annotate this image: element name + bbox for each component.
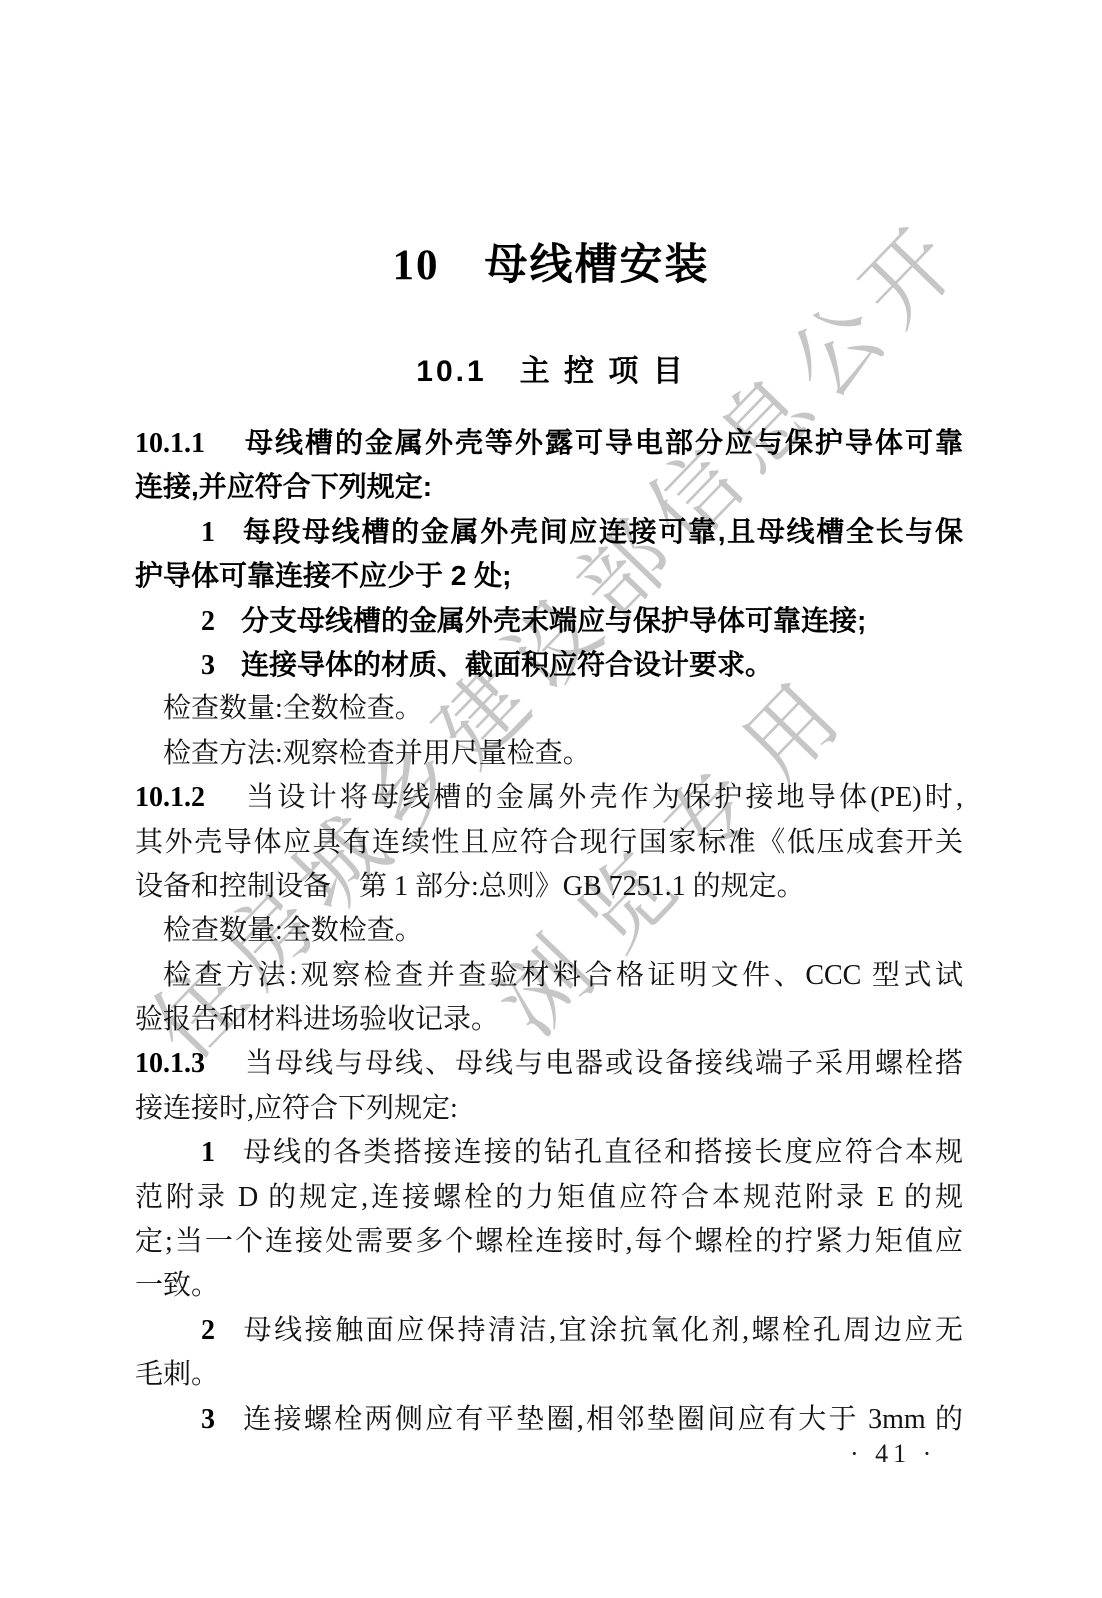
- line-text: 连接导体的材质、截面积应符合设计要求。: [241, 649, 773, 680]
- text-line: 一致。: [135, 1264, 963, 1308]
- chapter-title: 10 母线槽安装: [0, 241, 1102, 291]
- text-line: 10.1.2当设计将母线槽的金属外壳作为保护接地导体(PE)时,: [135, 776, 963, 820]
- line-text: 验报告和材料进场验收记录。: [135, 1004, 499, 1035]
- line-text: 连接螺栓两侧应有平垫圈,相邻垫圈间应有大于 3mm 的: [241, 1404, 963, 1435]
- line-text: 其外壳导体应具有连续性且应符合现行国家标准《低压成套开关: [135, 827, 963, 858]
- text-line: 验报告和材料进场验收记录。: [135, 998, 963, 1042]
- line-text: 当母线与母线、母线与电器或设备接线端子采用螺栓搭: [243, 1048, 963, 1079]
- text-line: 范附录 D 的规定,连接螺栓的力矩值应符合本规范附录 E 的规: [135, 1176, 963, 1220]
- body-text: 10.1.1母线槽的金属外壳等外露可导电部分应与保护导体可靠连接,并应符合下列规…: [135, 421, 963, 1442]
- line-text: 检查方法:观察检查并查验材料合格证明文件、CCC 型式试: [163, 960, 963, 991]
- text-line: 毛刺。: [135, 1353, 963, 1397]
- text-line: 检查数量:全数检查。: [135, 909, 963, 953]
- text-line: 其外壳导体应具有连续性且应符合现行国家标准《低压成套开关: [135, 821, 963, 865]
- line-text: 毛刺。: [135, 1359, 219, 1390]
- line-text: 连接,并应符合下列规定:: [135, 471, 432, 502]
- line-text: 一致。: [135, 1270, 219, 1301]
- text-line: 10.1.3当母线与母线、母线与电器或设备接线端子采用螺栓搭: [135, 1042, 963, 1086]
- clause-number: 1: [201, 1137, 215, 1168]
- clause-number: 2: [201, 1315, 215, 1346]
- text-line: 连接,并应符合下列规定:: [135, 465, 963, 509]
- text-line: 护导体可靠连接不应少于 2 处;: [135, 554, 963, 598]
- text-line: 2母线接触面应保持清洁,宜涂抗氧化剂,螺栓孔周边应无: [135, 1309, 963, 1353]
- line-text: 分支母线槽的金属外壳末端应与保护导体可靠连接;: [241, 605, 866, 636]
- clause-number: 3: [201, 1404, 215, 1435]
- clause-number: 3: [201, 650, 215, 681]
- line-text: 定;当一个连接处需要多个螺栓连接时,每个螺栓的拧紧力矩值应: [135, 1226, 963, 1257]
- line-text: 检查数量:全数检查。: [163, 915, 423, 946]
- text-line: 检查方法:观察检查并查验材料合格证明文件、CCC 型式试: [135, 954, 963, 998]
- text-line: 检查数量:全数检查。: [135, 687, 963, 731]
- clause-number: 1: [201, 517, 215, 548]
- page-content: 10 母线槽安装 10.1 主 控 项 目 10.1.1母线槽的金属外壳等外露可…: [0, 0, 1102, 1598]
- text-line: 设备和控制设备 第 1 部分:总则》GB 7251.1 的规定。: [135, 865, 963, 909]
- line-text: 检查方法:观察检查并用尺量检查。: [163, 738, 591, 769]
- section-heading: 10.1 主 控 项 目: [0, 353, 1102, 391]
- line-text: 每段母线槽的金属外壳间应连接可靠,且母线槽全长与保: [241, 516, 963, 547]
- text-line: 10.1.1母线槽的金属外壳等外露可导电部分应与保护导体可靠: [135, 421, 963, 465]
- text-line: 3连接螺栓两侧应有平垫圈,相邻垫圈间应有大于 3mm 的: [135, 1398, 963, 1442]
- text-line: 检查方法:观察检查并用尺量检查。: [135, 732, 963, 776]
- line-text: 当设计将母线槽的金属外壳作为保护接地导体(PE)时,: [243, 782, 963, 813]
- text-line: 2分支母线槽的金属外壳末端应与保护导体可靠连接;: [135, 599, 963, 643]
- clause-number: 2: [201, 606, 215, 637]
- line-text: 范附录 D 的规定,连接螺栓的力矩值应符合本规范附录 E 的规: [135, 1182, 963, 1213]
- text-line: 1母线的各类搭接连接的钻孔直径和搭接长度应符合本规: [135, 1131, 963, 1175]
- line-text: 母线接触面应保持清洁,宜涂抗氧化剂,螺栓孔周边应无: [241, 1315, 963, 1346]
- document-page: 住房城乡建设部信息公开 浏览专用 10 母线槽安装 10.1 主 控 项 目 1…: [0, 0, 1102, 1598]
- text-line: 3连接导体的材质、截面积应符合设计要求。: [135, 643, 963, 687]
- clause-number: 10.1.3: [135, 1048, 205, 1079]
- line-text: 母线槽的金属外壳等外露可导电部分应与保护导体可靠: [243, 427, 963, 458]
- line-text: 母线的各类搭接连接的钻孔直径和搭接长度应符合本规: [241, 1137, 963, 1168]
- line-text: 接连接时,应符合下列规定:: [135, 1093, 458, 1124]
- page-number: · 41 ·: [850, 1440, 936, 1468]
- line-text: 护导体可靠连接不应少于 2 处;: [135, 560, 511, 591]
- clause-number: 10.1.1: [135, 428, 205, 459]
- text-line: 接连接时,应符合下列规定:: [135, 1087, 963, 1131]
- text-line: 定;当一个连接处需要多个螺栓连接时,每个螺栓的拧紧力矩值应: [135, 1220, 963, 1264]
- line-text: 设备和控制设备 第 1 部分:总则》GB 7251.1 的规定。: [135, 871, 805, 902]
- text-line: 1每段母线槽的金属外壳间应连接可靠,且母线槽全长与保: [135, 510, 963, 554]
- clause-number: 10.1.2: [135, 782, 205, 813]
- line-text: 检查数量:全数检查。: [163, 693, 423, 724]
